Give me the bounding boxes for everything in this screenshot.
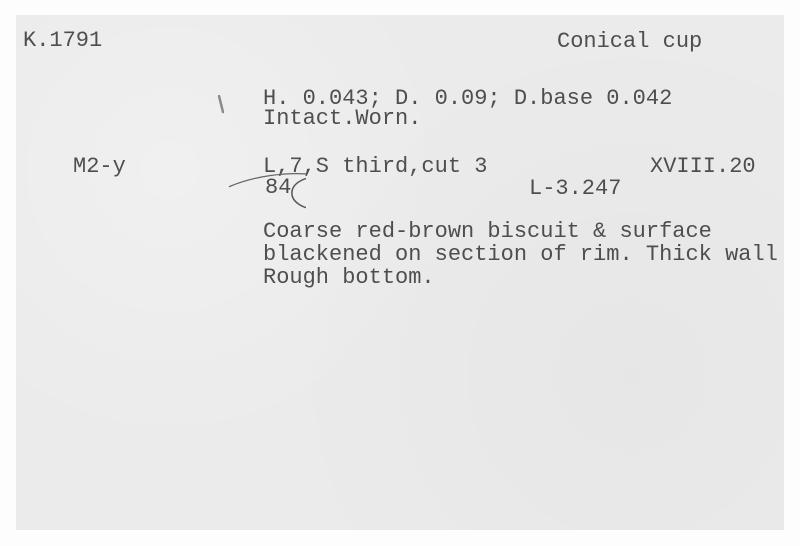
date-reference: XVIII.20 bbox=[650, 155, 756, 178]
catalog-number: K.1791 bbox=[23, 29, 102, 52]
circled-number: 84 bbox=[265, 176, 291, 199]
pencil-mark-icon bbox=[218, 95, 224, 115]
context-code: M2-y bbox=[73, 155, 126, 178]
condition: Intact.Worn. bbox=[263, 107, 421, 130]
object-name: Conical cup bbox=[557, 30, 702, 53]
description-line-3: Rough bottom. bbox=[263, 266, 435, 289]
description-line-2: blackened on section of rim. Thick wall bbox=[263, 243, 778, 266]
lot-number: L-3.247 bbox=[529, 177, 621, 200]
description-line-1: Coarse red-brown biscuit & surface bbox=[263, 220, 712, 243]
index-card: K.1791 Conical cup H. 0.043; D. 0.09; D.… bbox=[16, 15, 784, 530]
